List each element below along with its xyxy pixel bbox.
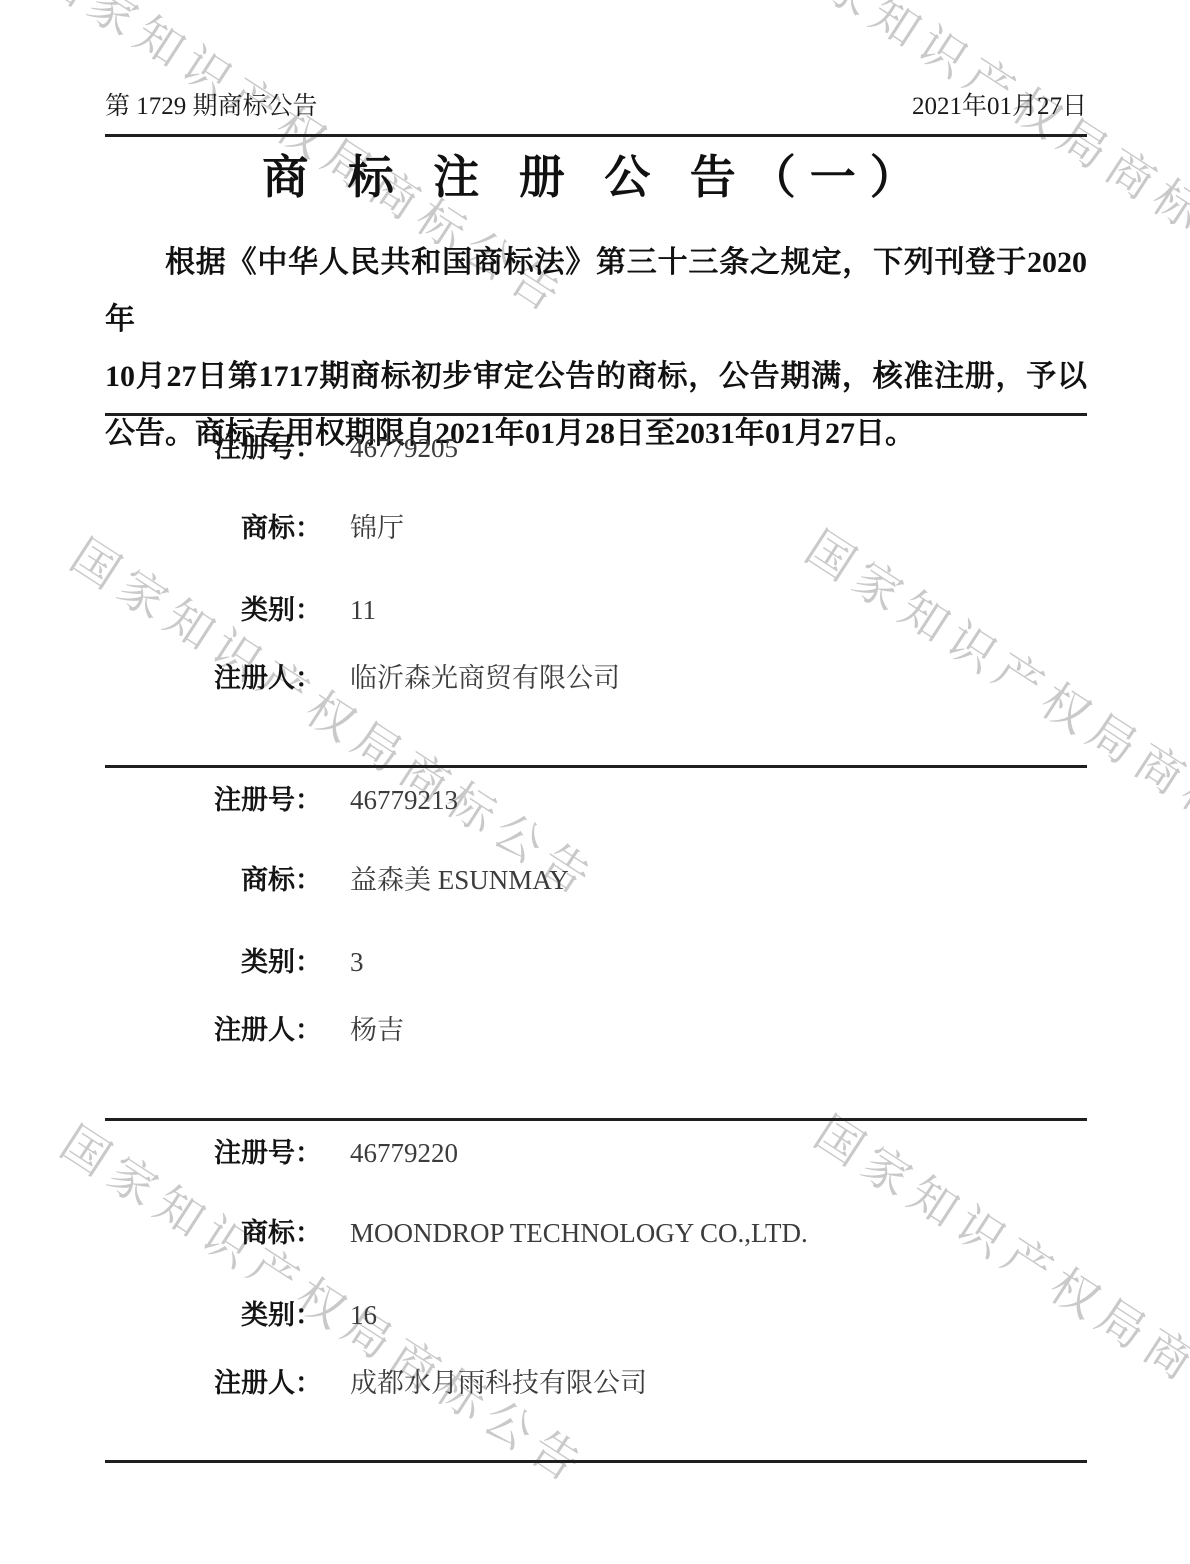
field-label-registrant: 注册人：: [105, 663, 322, 693]
trademark-record: 注册号：46779213商标：益森美 ESUNMAY类别：3注册人：杨吉: [105, 765, 1087, 1117]
field-value-category: 16: [350, 1300, 1087, 1330]
field-label-category: 类别：: [105, 1300, 322, 1330]
field-label-reg_no: 注册号：: [105, 433, 322, 463]
field-label-registrant: 注册人：: [105, 1015, 322, 1045]
record-separator: [105, 413, 1087, 416]
field-label-category: 类别：: [105, 595, 322, 625]
record-separator: [105, 1118, 1087, 1121]
field-value-reg_no: 46779220: [350, 1138, 1087, 1168]
bottom-rule: [105, 1460, 1087, 1463]
field-label-trademark: 商标：: [105, 865, 322, 895]
header-rule: [105, 134, 1087, 137]
field-label-category: 类别：: [105, 947, 322, 977]
field-value-category: 3: [350, 947, 1087, 977]
field-row-trademark: 商标：益森美 ESUNMAY: [105, 865, 1087, 895]
page-header: 第 1729 期商标公告 2021年01月27日: [105, 92, 1087, 122]
field-row-registrant: 注册人：成都水月雨科技有限公司: [105, 1368, 1087, 1398]
field-label-trademark: 商标：: [105, 1218, 322, 1248]
trademark-record: 注册号：46779220商标：MOONDROP TECHNOLOGY CO.,L…: [105, 1118, 1087, 1470]
issue-label: 第 1729 期商标公告: [105, 92, 318, 122]
field-value-reg_no: 46779205: [350, 433, 1087, 463]
field-value-registrant: 成都水月雨科技有限公司: [350, 1368, 1087, 1398]
publication-date: 2021年01月27日: [912, 92, 1087, 122]
field-row-category: 类别：16: [105, 1300, 1087, 1330]
field-value-category: 11: [350, 595, 1087, 625]
field-row-reg_no: 注册号：46779220: [105, 1138, 1087, 1168]
field-label-reg_no: 注册号：: [105, 785, 322, 815]
field-row-registrant: 注册人：临沂森光商贸有限公司: [105, 663, 1087, 693]
field-row-category: 类别：3: [105, 947, 1087, 977]
field-row-reg_no: 注册号：46779213: [105, 785, 1087, 815]
field-row-registrant: 注册人：杨吉: [105, 1015, 1087, 1045]
field-row-category: 类别：11: [105, 595, 1087, 625]
field-label-reg_no: 注册号：: [105, 1138, 322, 1168]
trademark-record: 注册号：46779205商标：锦厅类别：11注册人：临沂森光商贸有限公司: [105, 413, 1087, 765]
field-label-registrant: 注册人：: [105, 1368, 322, 1398]
gazette-page: 国家知识产权局商标公告国家知识产权局商标公告国家知识产权局商标公告国家知识产权局…: [0, 0, 1190, 1564]
field-value-trademark: 益森美 ESUNMAY: [350, 865, 1087, 895]
field-row-trademark: 商标：锦厅: [105, 513, 1087, 543]
field-value-registrant: 杨吉: [350, 1015, 1087, 1045]
field-value-registrant: 临沂森光商贸有限公司: [350, 663, 1087, 693]
page-title: 商 标 注 册 公 告（一）: [105, 147, 1087, 209]
field-value-trademark: MOONDROP TECHNOLOGY CO.,LTD.: [350, 1218, 1087, 1248]
field-row-reg_no: 注册号：46779205: [105, 433, 1087, 463]
intro-line: 根据《中华人民共和国商标法》第三十三条之规定，下列刊登于2020年: [105, 234, 1087, 348]
intro-line: 10月27日第1717期商标初步审定公告的商标，公告期满，核准注册，予以: [105, 348, 1087, 405]
field-value-reg_no: 46779213: [350, 785, 1087, 815]
field-row-trademark: 商标：MOONDROP TECHNOLOGY CO.,LTD.: [105, 1218, 1087, 1248]
field-value-trademark: 锦厅: [350, 513, 1087, 543]
record-separator: [105, 765, 1087, 768]
field-label-trademark: 商标：: [105, 513, 322, 543]
